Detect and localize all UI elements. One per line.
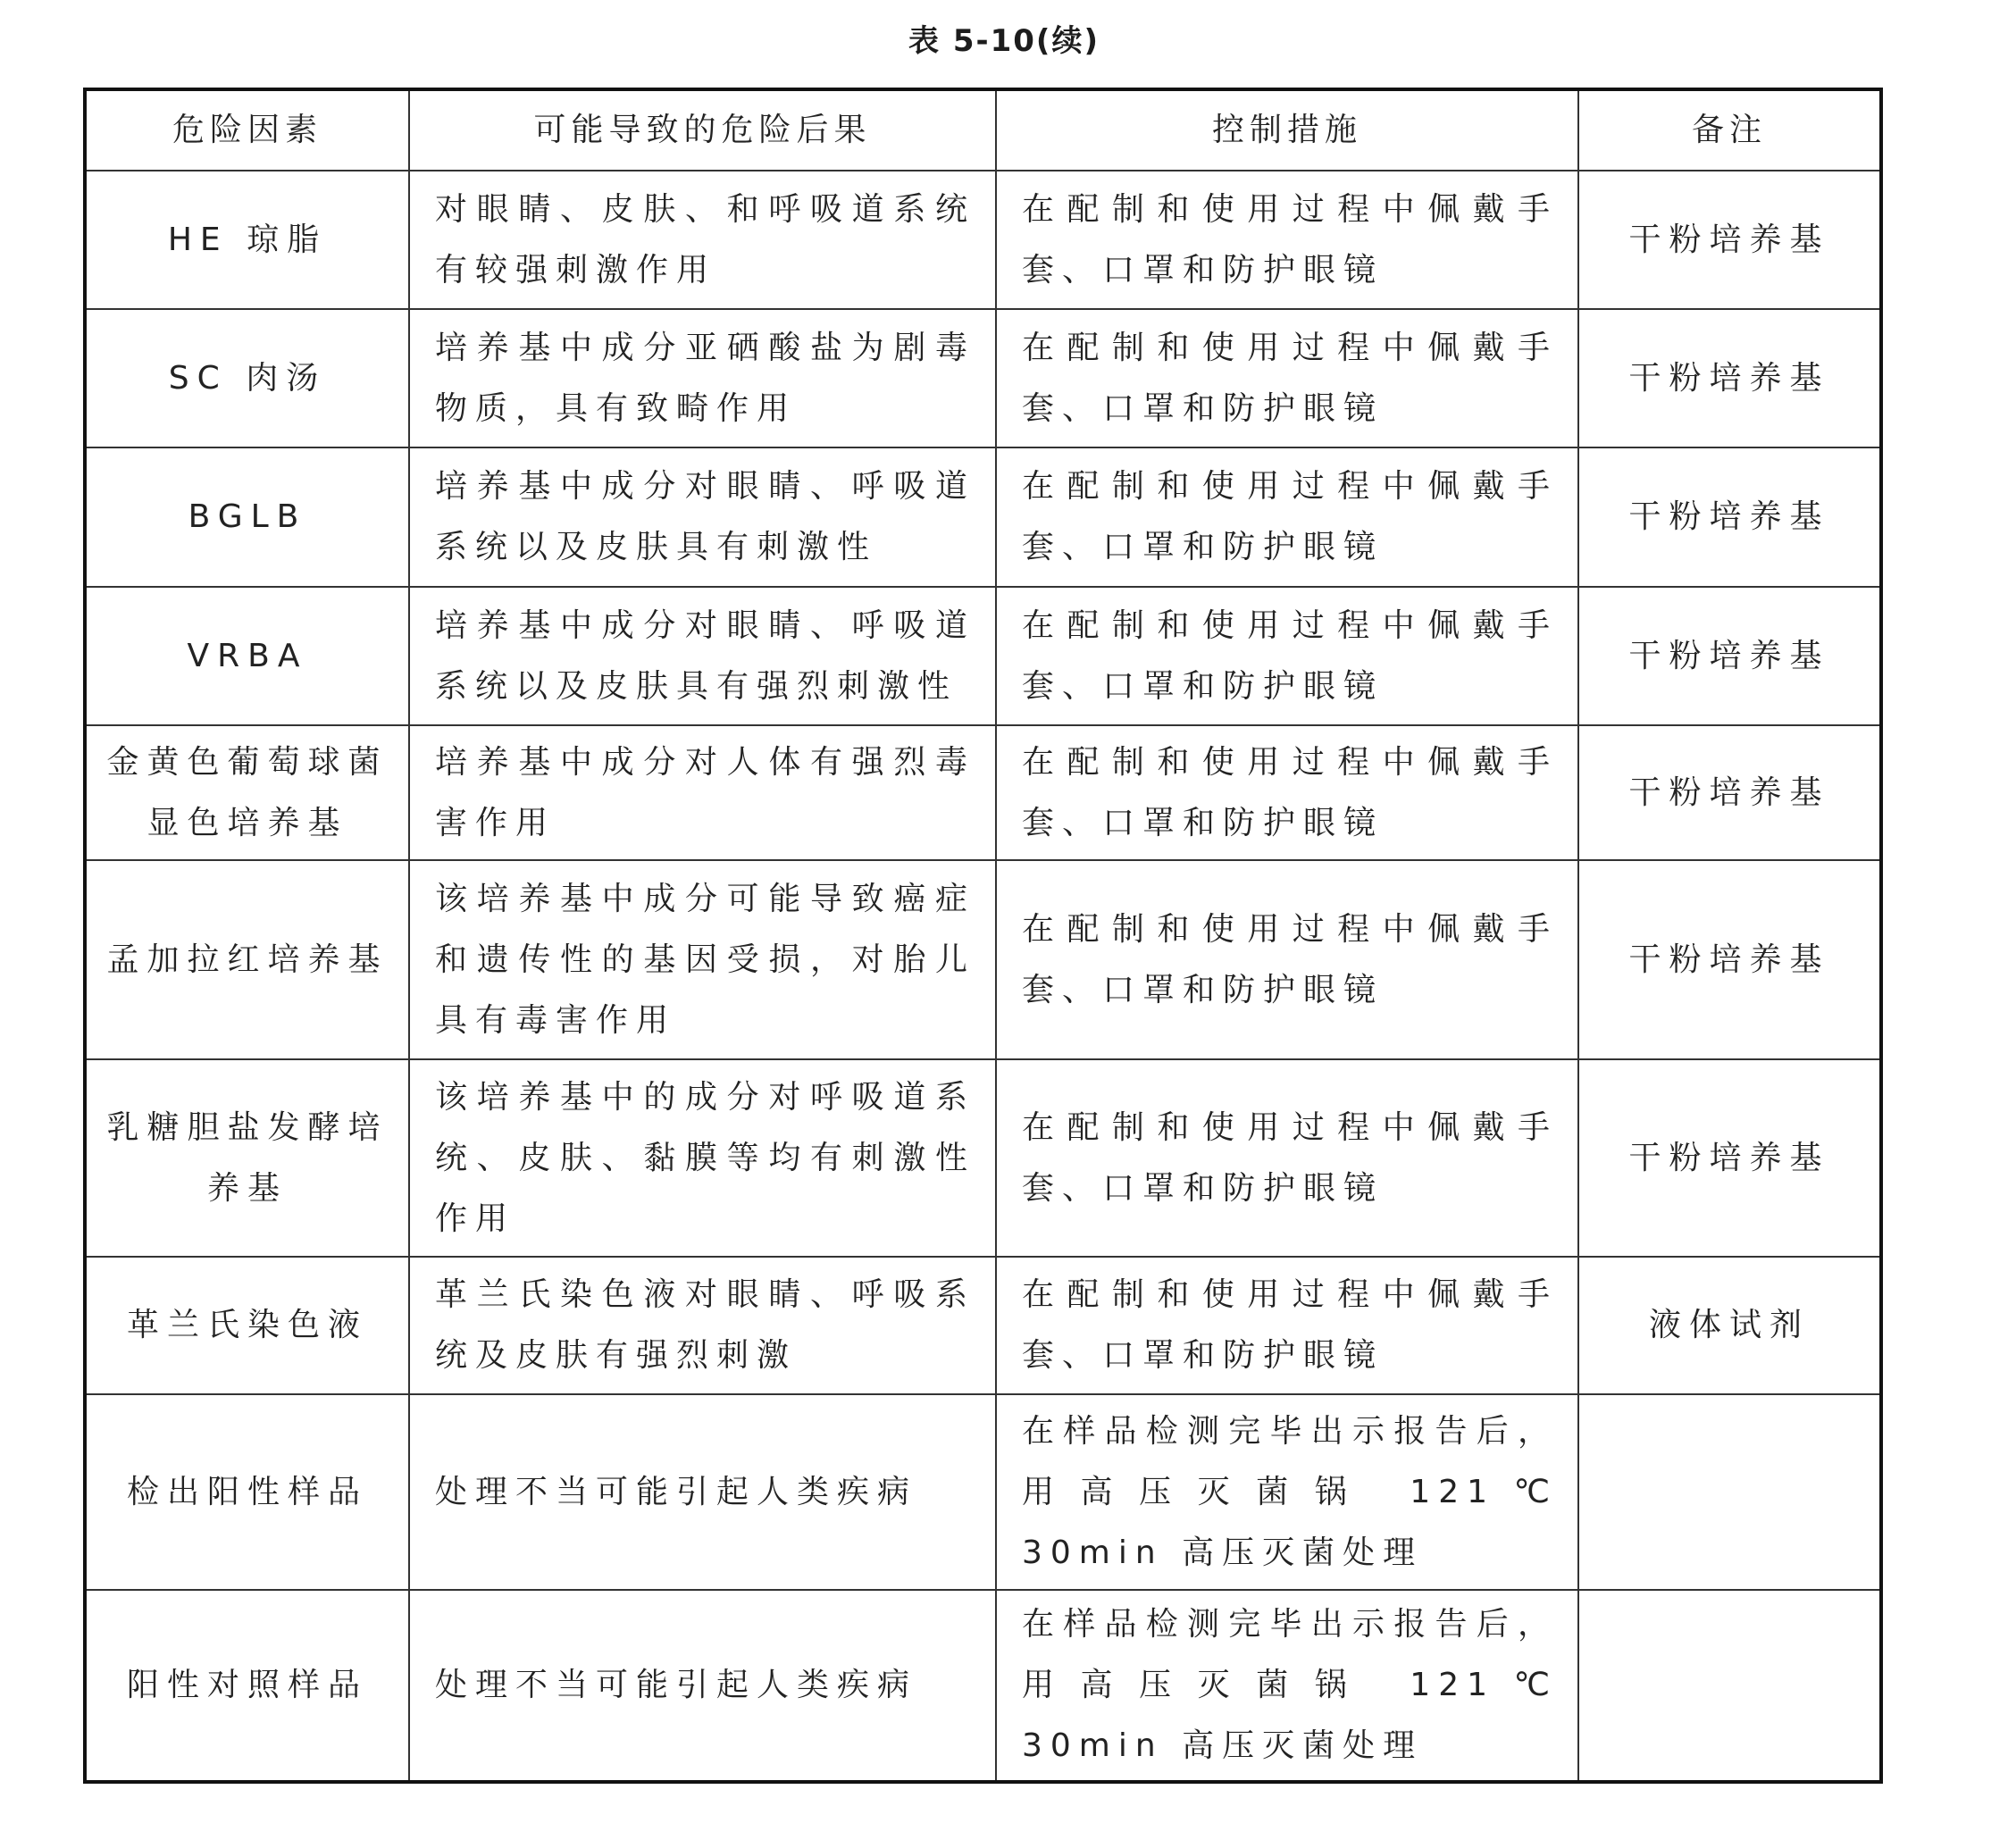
hazard-factor-cell: 革兰氏染色液: [85, 1257, 409, 1394]
consequence-cell: 处理不当可能引起人类疾病: [409, 1590, 996, 1782]
table-row: 阳性对照样品 处理不当可能引起人类疾病 在样品检测完毕出示报告后，用高压灭菌锅 …: [85, 1590, 1881, 1782]
control-cell: 在配制和使用过程中佩戴手套、口罩和防护眼镜: [996, 1257, 1578, 1394]
note-cell: [1578, 1394, 1881, 1590]
control-cell: 在配制和使用过程中佩戴手套、口罩和防护眼镜: [996, 171, 1578, 309]
hazard-factor-cell: 孟加拉红培养基: [85, 860, 409, 1059]
note-cell: 液体试剂: [1578, 1257, 1881, 1394]
control-cell: 在配制和使用过程中佩戴手套、口罩和防护眼镜: [996, 447, 1578, 587]
hazard-table: 危险因素 可能导致的危险后果 控制措施 备注 HE 琼脂 对眼睛、皮肤、和呼吸道…: [83, 88, 1883, 1784]
hazard-factor-cell: 金黄色葡萄球菌显色培养基: [85, 725, 409, 860]
control-cell: 在配制和使用过程中佩戴手套、口罩和防护眼镜: [996, 725, 1578, 860]
hazard-factor-cell: 检出阳性样品: [85, 1394, 409, 1590]
consequence-cell: 培养基中成分对眼睛、呼吸道系统以及皮肤具有强烈刺激性: [409, 587, 996, 725]
table-row: 革兰氏染色液 革兰氏染色液对眼睛、呼吸系统及皮肤有强烈刺激 在配制和使用过程中佩…: [85, 1257, 1881, 1394]
table-row: VRBA 培养基中成分对眼睛、呼吸道系统以及皮肤具有强烈刺激性 在配制和使用过程…: [85, 587, 1881, 725]
consequence-cell: 该培养基中的成分对呼吸道系统、皮肤、黏膜等均有刺激性作用: [409, 1059, 996, 1257]
hazard-factor-cell: HE 琼脂: [85, 171, 409, 309]
hazard-factor-cell: 乳糖胆盐发酵培养基: [85, 1059, 409, 1257]
consequence-cell: 处理不当可能引起人类疾病: [409, 1394, 996, 1590]
table-row: 金黄色葡萄球菌显色培养基 培养基中成分对人体有强烈毒害作用 在配制和使用过程中佩…: [85, 725, 1881, 860]
consequence-cell: 培养基中成分对眼睛、呼吸道系统以及皮肤具有刺激性: [409, 447, 996, 587]
header-hazard-factor: 危险因素: [85, 89, 409, 171]
note-cell: [1578, 1590, 1881, 1782]
control-cell: 在配制和使用过程中佩戴手套、口罩和防护眼镜: [996, 587, 1578, 725]
control-cell: 在样品检测完毕出示报告后，用高压灭菌锅 121℃ 30min 高压灭菌处理: [996, 1394, 1578, 1590]
hazard-factor-cell: VRBA: [85, 587, 409, 725]
note-cell: 干粉培养基: [1578, 309, 1881, 447]
control-cell: 在配制和使用过程中佩戴手套、口罩和防护眼镜: [996, 309, 1578, 447]
header-control-measures: 控制措施: [996, 89, 1578, 171]
note-cell: 干粉培养基: [1578, 587, 1881, 725]
hazard-factor-cell: SC 肉汤: [85, 309, 409, 447]
header-notes: 备注: [1578, 89, 1881, 171]
consequence-cell: 培养基中成分亚硒酸盐为剧毒物质，具有致畸作用: [409, 309, 996, 447]
header-consequence: 可能导致的危险后果: [409, 89, 996, 171]
table-caption: 表 5-10(续): [0, 16, 2008, 60]
table-row: BGLB 培养基中成分对眼睛、呼吸道系统以及皮肤具有刺激性 在配制和使用过程中佩…: [85, 447, 1881, 587]
table-row: 检出阳性样品 处理不当可能引起人类疾病 在样品检测完毕出示报告后，用高压灭菌锅 …: [85, 1394, 1881, 1590]
control-cell: 在配制和使用过程中佩戴手套、口罩和防护眼镜: [996, 860, 1578, 1059]
hazard-factor-cell: BGLB: [85, 447, 409, 587]
control-cell: 在样品检测完毕出示报告后，用高压灭菌锅 121℃ 30min 高压灭菌处理: [996, 1590, 1578, 1782]
consequence-cell: 该培养基中成分可能导致癌症和遗传性的基因受损，对胎儿具有毒害作用: [409, 860, 996, 1059]
table-row: SC 肉汤 培养基中成分亚硒酸盐为剧毒物质，具有致畸作用 在配制和使用过程中佩戴…: [85, 309, 1881, 447]
header-row: 危险因素 可能导致的危险后果 控制措施 备注: [85, 89, 1881, 171]
consequence-cell: 对眼睛、皮肤、和呼吸道系统有较强刺激作用: [409, 171, 996, 309]
note-cell: 干粉培养基: [1578, 171, 1881, 309]
note-cell: 干粉培养基: [1578, 447, 1881, 587]
table-row: 孟加拉红培养基 该培养基中成分可能导致癌症和遗传性的基因受损，对胎儿具有毒害作用…: [85, 860, 1881, 1059]
note-cell: 干粉培养基: [1578, 860, 1881, 1059]
control-cell: 在配制和使用过程中佩戴手套、口罩和防护眼镜: [996, 1059, 1578, 1257]
consequence-cell: 革兰氏染色液对眼睛、呼吸系统及皮肤有强烈刺激: [409, 1257, 996, 1394]
table-row: HE 琼脂 对眼睛、皮肤、和呼吸道系统有较强刺激作用 在配制和使用过程中佩戴手套…: [85, 171, 1881, 309]
note-cell: 干粉培养基: [1578, 1059, 1881, 1257]
hazard-factor-cell: 阳性对照样品: [85, 1590, 409, 1782]
table-row: 乳糖胆盐发酵培养基 该培养基中的成分对呼吸道系统、皮肤、黏膜等均有刺激性作用 在…: [85, 1059, 1881, 1257]
note-cell: 干粉培养基: [1578, 725, 1881, 860]
consequence-cell: 培养基中成分对人体有强烈毒害作用: [409, 725, 996, 860]
